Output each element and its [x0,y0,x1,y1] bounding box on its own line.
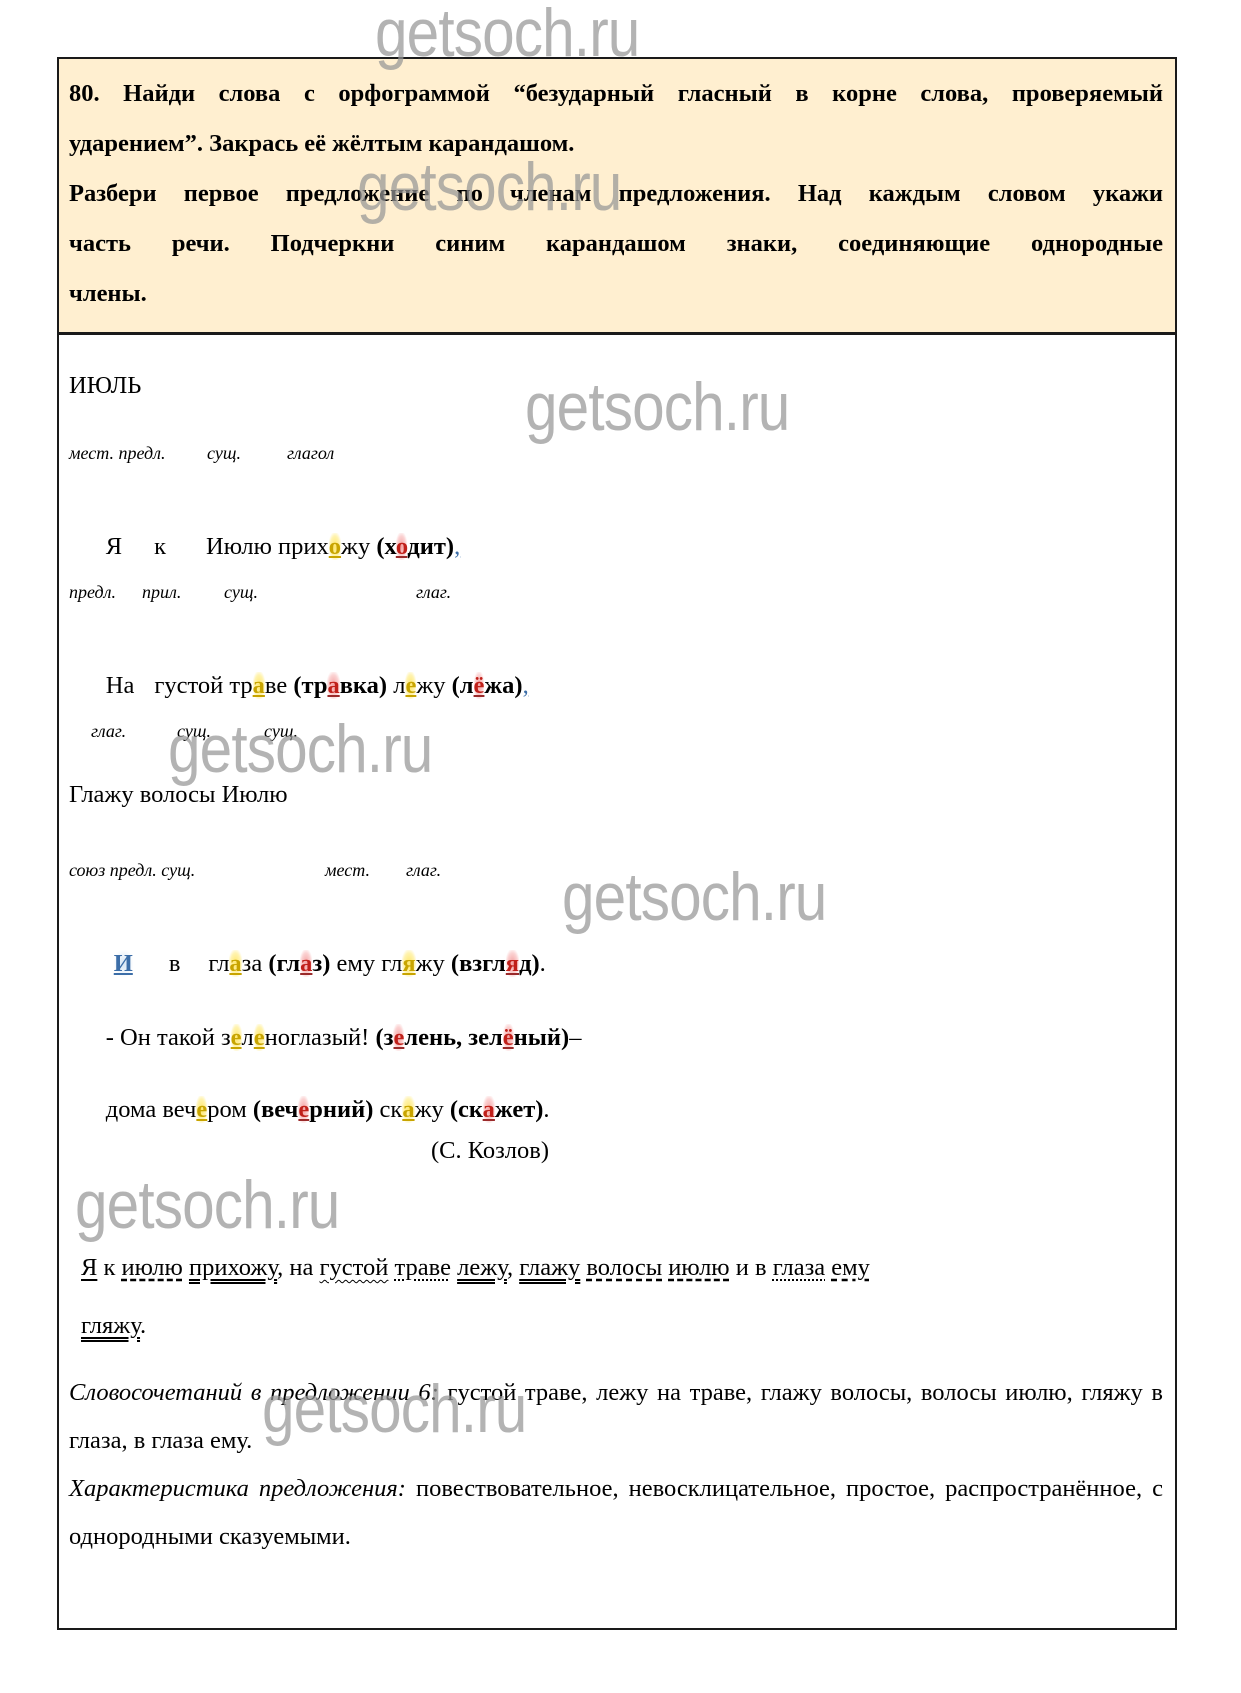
check-word: вка) [340,672,387,699]
unstressed-vowel-highlight: е [196,1096,207,1123]
task-line-2: ударением”. Закрась её жёлтым карандашом… [69,119,1163,169]
check-word: д) [519,950,540,977]
word: . [140,1312,146,1339]
word: Июлю прих [206,533,329,560]
object: ему [831,1254,870,1281]
exercise-sheet: 80. Найди слова с орфограммой “безударны… [57,57,1177,1630]
check-word: (ск [450,1096,483,1123]
check-word: (гл [268,950,300,977]
pos-label: прил. [142,580,181,604]
word: - Он такой з [106,1024,231,1051]
sentence-parse: Я к июлю прихожу, на густой траве лежу, … [69,1239,1163,1355]
predicate: глажу [519,1254,580,1281]
pos-label: мест. предл. [69,441,165,465]
task-line-1: 80. Найди слова с орфограммой “безударны… [69,69,1163,119]
check-word: (л [452,672,474,699]
word: в [169,950,181,977]
word: , на [277,1254,319,1281]
word: На [106,672,135,699]
answer-area: ИЮЛЬ мест. предл. сущ. глагол ЯкИюлю при… [69,335,1163,1628]
word: – [569,1024,581,1051]
stressed-vowel-highlight: ё [503,1024,514,1051]
check-word: жа) [484,672,522,699]
subject: Я [81,1254,97,1281]
check-word: (з [375,1024,393,1051]
unstressed-vowel-highlight: е [231,1024,242,1051]
task-box: 80. Найди слова с орфограммой “безударны… [59,59,1175,335]
stressed-vowel-highlight: я [506,950,519,977]
pos-label: предл. [69,580,116,604]
stressed-vowel-highlight: а [300,950,312,977]
word: к [97,1254,121,1281]
poem-line-1: ЯкИюлю прихожу (ходит), [69,502,460,592]
check-word: жет) [495,1096,544,1123]
stressed-vowel-highlight: е [298,1096,309,1123]
predicate: прихожу [189,1254,277,1281]
word: , [507,1254,519,1281]
word: ноглазый! [265,1024,376,1051]
pos-label: сущ. [177,719,211,743]
stressed-vowel-highlight: о [396,533,408,560]
poem-line-2: Нагустой траве (травка) лежу (лёжа), [69,641,529,731]
poem-author: (С. Козлов) [431,1137,549,1165]
check-word: рний) [309,1096,373,1123]
word: густой тр [154,672,252,699]
word: жу [341,533,376,560]
word: гл [208,950,229,977]
task-line-5: члены. [69,269,1163,319]
word: жу [415,1096,450,1123]
word: жу [416,950,451,977]
word: дома веч [106,1096,197,1123]
predicate: гляжу [81,1312,140,1339]
word: жу [416,672,451,699]
check-word: дит) [407,533,454,560]
word: л [387,672,405,699]
pos-label: сущ. [224,580,258,604]
stressed-vowel-highlight: е [393,1024,404,1051]
stressed-vowel-highlight: а [327,672,339,699]
word: к [154,533,166,560]
unstressed-vowel-highlight: е [254,1024,265,1051]
check-word: з) [312,950,330,977]
attribute: густой [320,1254,389,1281]
pos-label: мест. [325,858,370,882]
unstressed-vowel-highlight: а [402,1096,414,1123]
pos-label: союз предл. сущ. [69,858,195,882]
homogeneous-comma-mark: , [523,672,529,699]
check-word: (х [376,533,395,560]
task-line-3: Разбери первое предложение по членам пре… [69,169,1163,219]
check-word: лень, зел [404,1024,502,1051]
word: за [242,950,269,977]
unstressed-vowel-highlight: а [229,950,241,977]
stressed-vowel-highlight: ё [474,672,485,699]
phrases-paragraph: Словосочетаний в предложении 6: густой т… [69,1369,1163,1465]
predicate: лежу [457,1254,507,1281]
pos-label: глаг. [416,580,451,604]
phrases-label: Словосочетаний в предложении 6: [69,1379,439,1406]
unstressed-vowel-highlight: е [405,672,416,699]
check-word: ный) [514,1024,570,1051]
characteristic-paragraph: Характеристика предложения: повествовате… [69,1465,1163,1561]
word: ром [207,1096,253,1123]
word: ск [373,1096,402,1123]
pos-label: сущ. [264,719,298,743]
check-word: (веч [253,1096,298,1123]
pos-label: сущ. [207,441,241,465]
poem-title: ИЮЛЬ [69,371,141,401]
pos-label: глаг. [91,719,126,743]
unstressed-vowel-highlight: а [253,672,265,699]
check-word: (тр [293,672,327,699]
task-line-4: часть речи. Подчеркни синим карандашом з… [69,219,1163,269]
word: ему гл [330,950,402,977]
check-word: (взгл [451,950,506,977]
word: Я [106,533,122,560]
stressed-vowel-highlight: а [483,1096,495,1123]
word: л [242,1024,254,1051]
pos-label: глаг. [406,858,441,882]
word: и в [730,1254,773,1281]
pos-label: глагол [287,441,334,465]
unstressed-vowel-highlight: я [402,950,415,977]
adverbial: глаза [773,1254,825,1281]
word: . [540,950,546,977]
adverbial: траве [395,1254,451,1281]
homogeneous-comma-mark: , [454,533,460,560]
word: ве [265,672,293,699]
word: . [543,1096,549,1123]
object: волосы [586,1254,662,1281]
object: июлю [122,1254,183,1281]
unstressed-vowel-highlight: о [329,533,341,560]
characteristic-label: Характеристика предложения: [69,1475,406,1502]
poem-line-3: Глажу волосы Июлю [69,780,288,810]
homogeneous-conjunction-mark: И [114,950,133,977]
object: июлю [668,1254,729,1281]
